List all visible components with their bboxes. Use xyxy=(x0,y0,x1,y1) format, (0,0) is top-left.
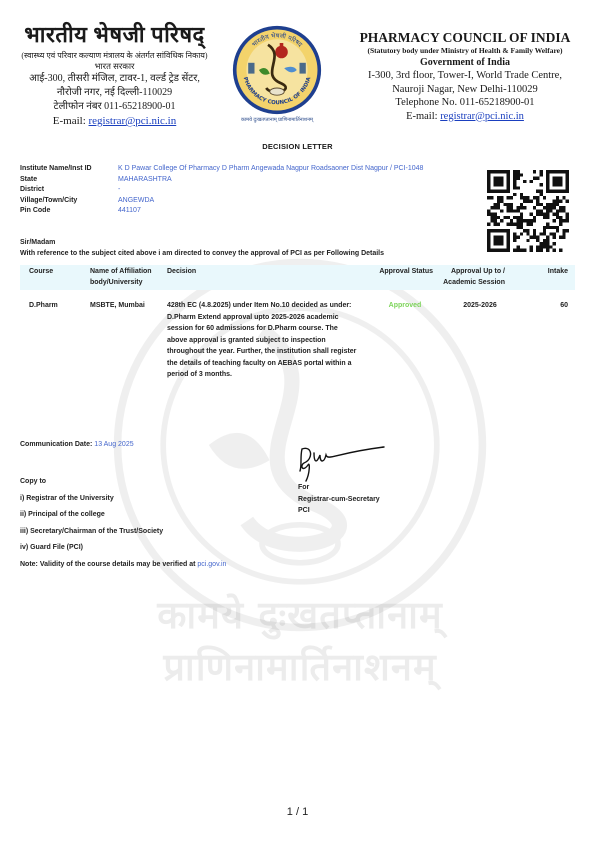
english-phone: Telephone No. 011-65218900-01 xyxy=(340,96,590,110)
footer-faint-right xyxy=(566,808,567,813)
communication-date-value: 13 Aug 2025 xyxy=(94,441,133,448)
letterhead-english: PHARMACY COUNCIL OF INDIA (Statutory bod… xyxy=(340,30,590,124)
info-label: Village/Town/City xyxy=(20,196,118,207)
info-label: State xyxy=(20,175,118,186)
english-address-line2: Nauroji Nagar, New Delhi-110029 xyxy=(340,83,590,97)
hindi-org-title: भारतीय भेषजी परिषद् xyxy=(12,22,217,48)
approval-table: Course Name of Affiliation body/Universi… xyxy=(20,265,575,381)
validity-note: Note: Validity of the course details may… xyxy=(20,561,226,568)
header-intake: Intake xyxy=(505,266,575,288)
cell-status: Approved xyxy=(367,300,435,381)
qr-code[interactable] xyxy=(487,170,569,252)
english-org-subtitle: (Statutory body under Ministry of Health… xyxy=(340,46,590,56)
signatory-for: For xyxy=(298,482,380,494)
hindi-email-row: E-mail: registrar@pci.nic.in xyxy=(12,114,217,129)
page-number: 1 / 1 xyxy=(0,806,595,818)
copy-to-list: Copy to i) Registrar of the University i… xyxy=(20,478,163,561)
cell-upto: 2025-2026 xyxy=(435,300,505,381)
header-status: Approval Status xyxy=(367,266,435,288)
copy-to-item: iii) Secretary/Chairman of the Trust/Soc… xyxy=(20,528,163,545)
pci-website-link[interactable]: pci.gov.in xyxy=(197,561,226,568)
header-course: Course xyxy=(20,266,90,288)
cell-decision: 428th EC (4.8.2025) under Item No.10 dec… xyxy=(167,300,367,381)
info-row-district: District - xyxy=(20,185,450,196)
hindi-address-line2: नौरोजी नगर, नई दिल्ली-110029 xyxy=(12,86,217,100)
info-value: K D Pawar College Of Pharmacy D Pharm An… xyxy=(118,164,423,175)
seal-motto: कामये दुःखतप्तानाम् प्राणिनामार्तिनाशनम् xyxy=(222,117,332,123)
signatory-org: PCI xyxy=(298,505,380,517)
document-title: DECISION LETTER xyxy=(0,142,595,151)
copy-to-item: iv) Guard File (PCI) xyxy=(20,544,163,561)
communication-date: Communication Date: 13 Aug 2025 xyxy=(20,441,134,448)
copy-to-heading: Copy to xyxy=(20,478,163,495)
info-value: MAHARASHTRA xyxy=(118,175,172,186)
info-row-city: Village/Town/City ANGEWDA xyxy=(20,196,450,207)
info-label: Institute Name/Inst ID xyxy=(20,164,118,175)
info-label: District xyxy=(20,185,118,196)
info-row-institute: Institute Name/Inst ID K D Pawar College… xyxy=(20,164,450,175)
english-government: Government of India xyxy=(340,56,590,69)
signatory-designation: Registrar-cum-Secretary xyxy=(298,494,380,506)
intro-text: With reference to the subject cited abov… xyxy=(20,249,384,260)
note-text: Note: Validity of the course details may… xyxy=(20,561,197,568)
copy-to-item: i) Registrar of the University xyxy=(20,495,163,512)
info-label: Pin Code xyxy=(20,206,118,217)
watermark-motto: कामये दुःखतप्तानाम् प्राणिनामार्तिनाशनम् xyxy=(110,588,490,692)
info-value: - xyxy=(118,185,120,196)
english-org-title: PHARMACY COUNCIL OF INDIA xyxy=(340,30,590,46)
pci-seal-logo: भारतीय भेषजी परिषद PHARMACY COUNCIL OF I… xyxy=(232,25,322,115)
institute-info: Institute Name/Inst ID K D Pawar College… xyxy=(20,164,450,217)
table-header: Course Name of Affiliation body/Universi… xyxy=(20,265,575,290)
communication-date-label: Communication Date: xyxy=(20,441,92,448)
copy-to-item: ii) Principal of the college xyxy=(20,511,163,528)
info-row-pincode: Pin Code 441107 xyxy=(20,206,450,217)
info-value: 441107 xyxy=(118,206,141,217)
cell-intake: 60 xyxy=(505,300,575,381)
salutation: Sir/Madam xyxy=(20,238,384,249)
hindi-email-link[interactable]: registrar@pci.nic.in xyxy=(89,115,177,127)
signature xyxy=(296,443,386,483)
header-upto: Approval Up to / Academic Session xyxy=(435,266,505,288)
cell-course: D.Pharm xyxy=(20,300,90,381)
cell-affiliation: MSBTE, Mumbai xyxy=(90,300,167,381)
header-affiliation: Name of Affiliation body/University xyxy=(90,266,167,288)
info-row-state: State MAHARASHTRA xyxy=(20,175,450,186)
english-address-line1: I-300, 3rd floor, Tower-I, World Trade C… xyxy=(340,69,590,83)
table-row: D.Pharm MSBTE, Mumbai 428th EC (4.8.2025… xyxy=(20,290,575,381)
signatory-block: For Registrar-cum-Secretary PCI xyxy=(298,482,380,517)
english-email-label: E-mail: xyxy=(406,111,440,122)
header-decision: Decision xyxy=(167,266,367,288)
info-value: ANGEWDA xyxy=(118,196,154,207)
salutation-block: Sir/Madam With reference to the subject … xyxy=(20,238,384,259)
english-email-row: E-mail: registrar@pci.nic.in xyxy=(340,110,590,124)
hindi-phone: टेलीफोन नंबर 011-65218900-01 xyxy=(12,100,217,114)
letterhead-hindi: भारतीय भेषजी परिषद् (स्वास्थ्य एवं परिवा… xyxy=(12,22,217,129)
english-email-link[interactable]: registrar@pci.nic.in xyxy=(440,111,524,122)
hindi-address-line1: आई-300, तीसरी मंजिल, टावर-1, वर्ल्ड ट्रे… xyxy=(12,72,217,86)
hindi-org-subtitle: (स्वास्थ्य एवं परिवार कल्याण मंत्रालय के… xyxy=(12,50,217,61)
hindi-government: भारत सरकार xyxy=(12,61,217,72)
hindi-email-label: E-mail: xyxy=(53,115,89,127)
